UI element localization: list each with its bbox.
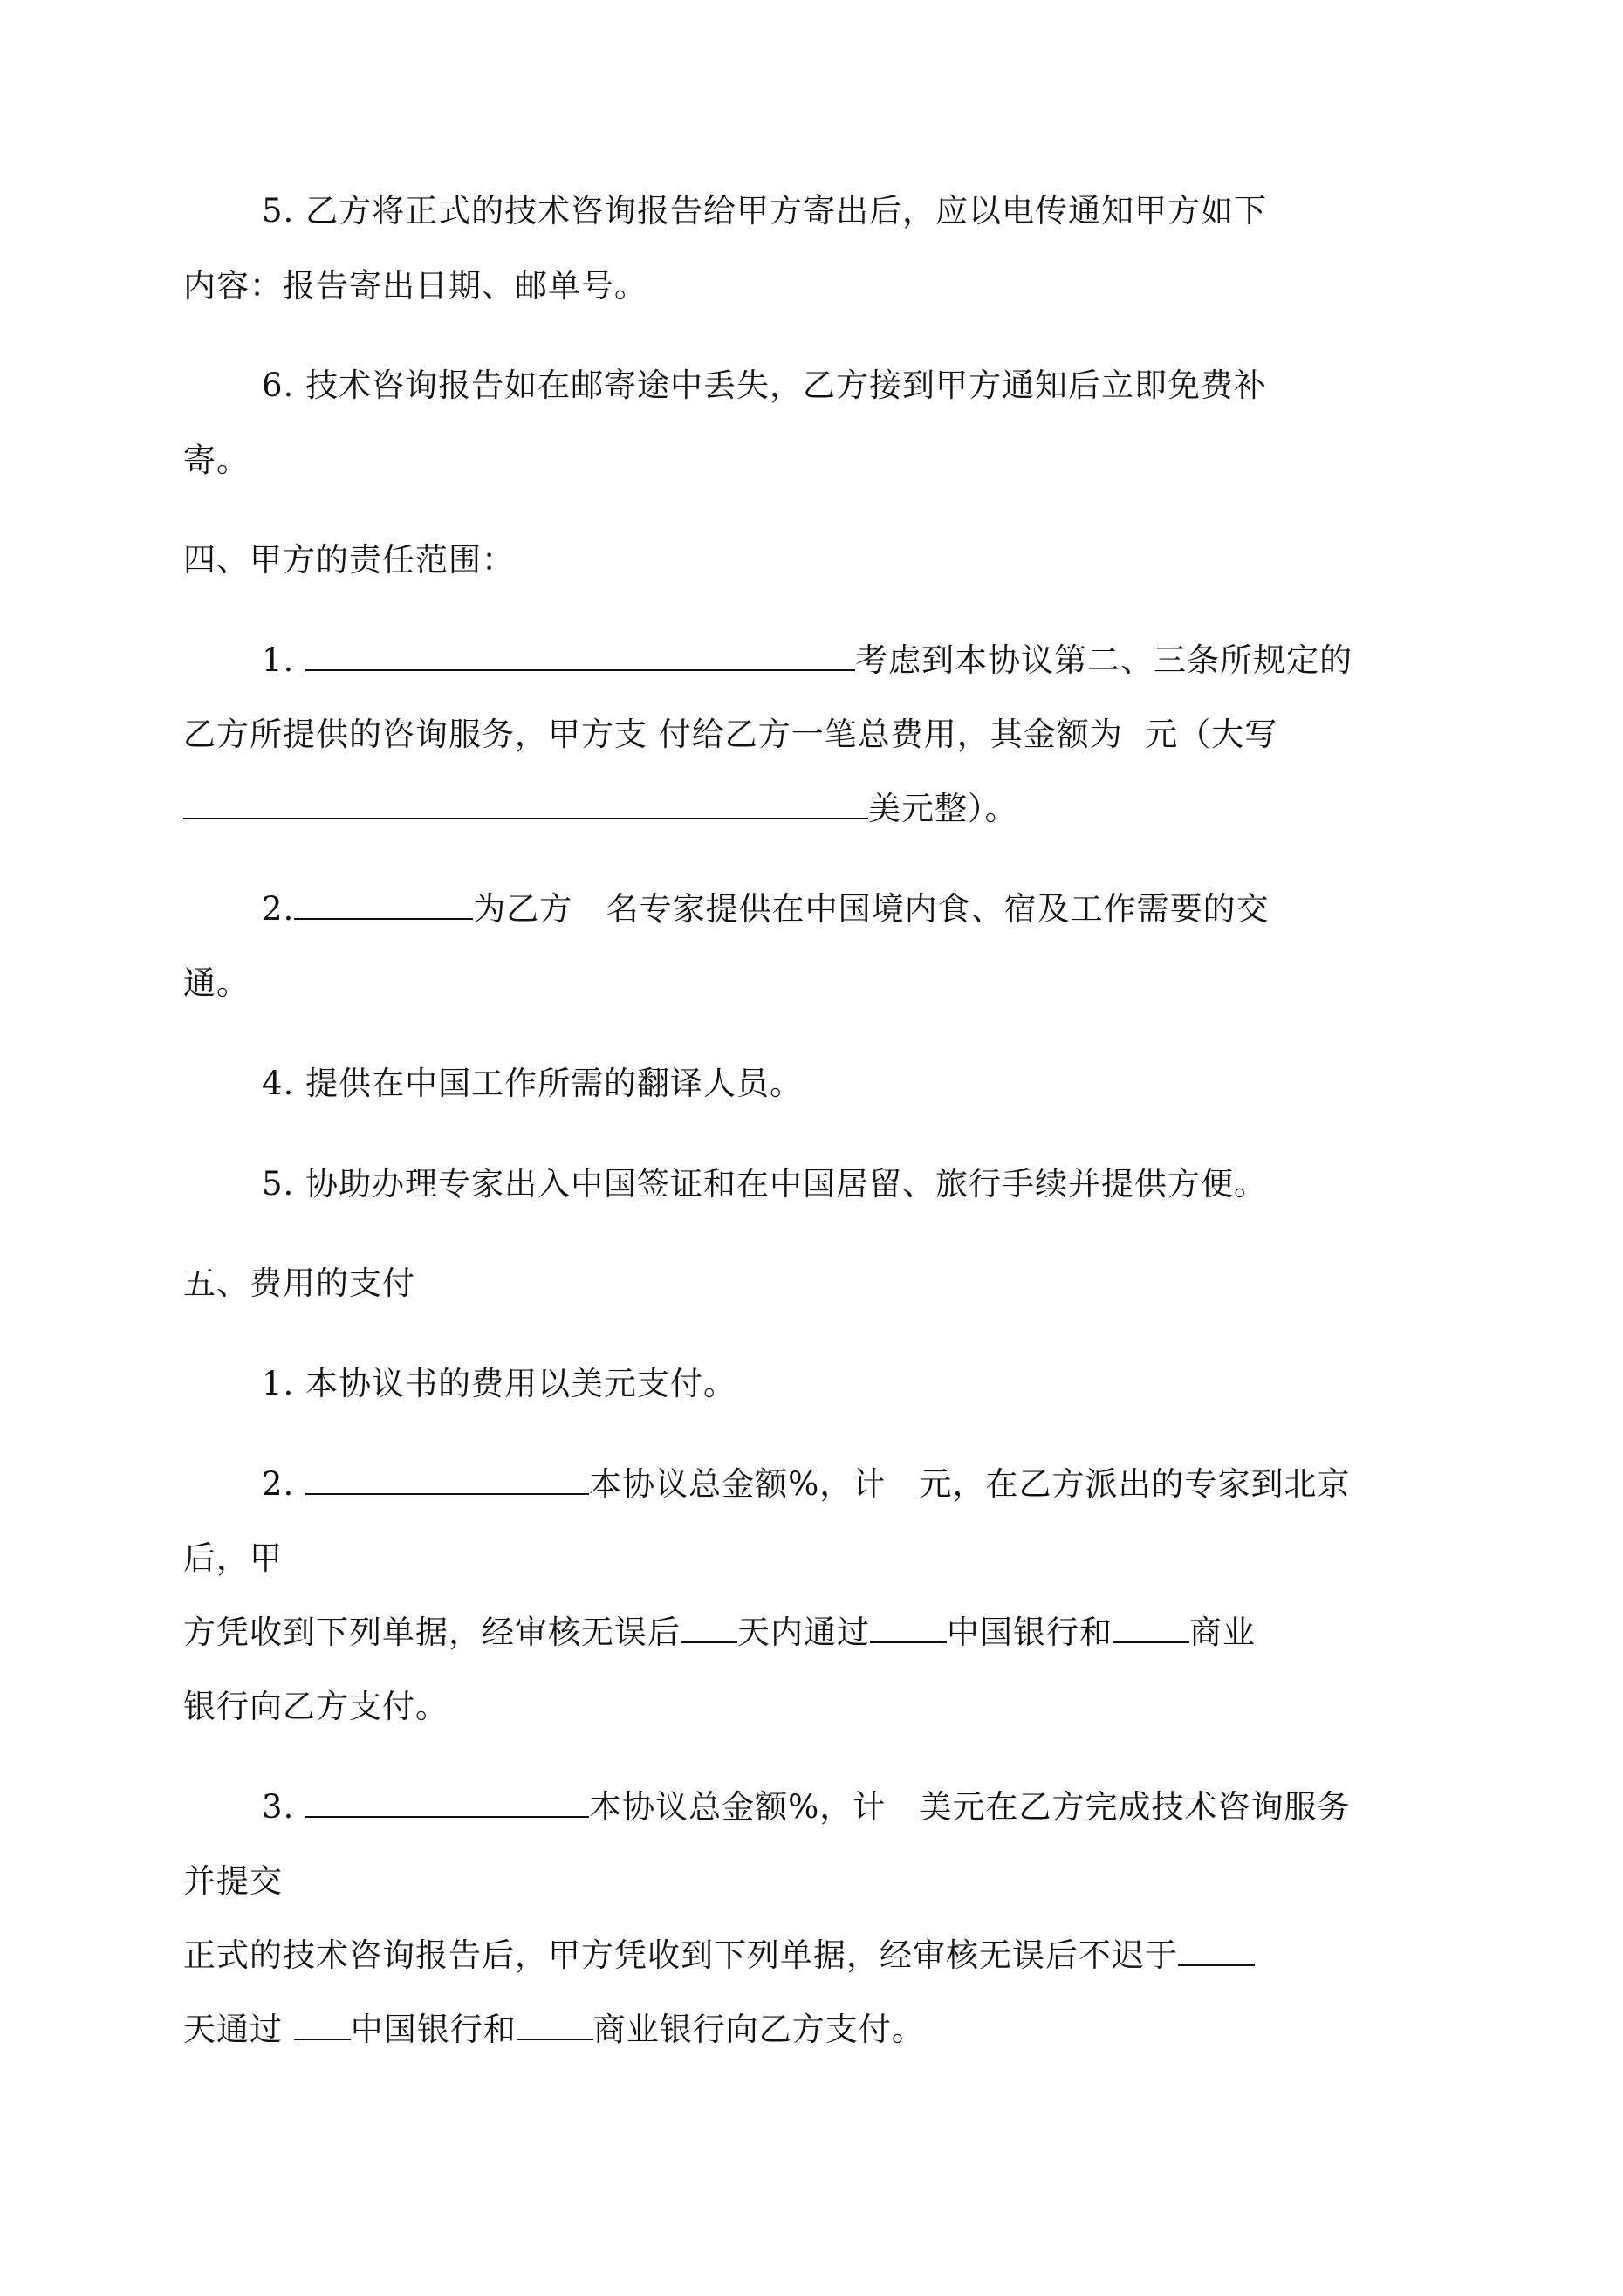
fill-blank: [1178, 1935, 1255, 1966]
item-text: 商业: [1189, 1614, 1256, 1651]
item-text: 本协议总金额%，计 美元在乙方完成技术咨询服务: [589, 1788, 1350, 1826]
item-number: 3.: [262, 1788, 305, 1826]
s4-item-1-line-1: 1. 考虑到本协议第二、三条所规定的: [262, 640, 1352, 682]
item-text: 中国银行和: [351, 2011, 517, 2048]
item-text: 为乙方 名专家提供在中国境内食、宿及工作需要的交: [473, 890, 1269, 928]
item-text: 方凭收到下列单据，经审核无误后: [183, 1614, 681, 1651]
s5-item-3-line-2: 并提交: [183, 1861, 283, 1902]
fill-blank: [870, 1612, 947, 1643]
fill-blank: [681, 1612, 737, 1643]
s5-item-2-line-2: 后，甲: [183, 1538, 283, 1580]
section-5-heading: 五、费用的支付: [183, 1263, 415, 1305]
s5-item-1: 1. 本协议书的费用以美元支付。: [262, 1363, 736, 1405]
item-text: 考虑到本协议第二、三条所规定的: [855, 641, 1352, 679]
fill-blank: [1113, 1612, 1189, 1643]
s4-item-1-line-2: 乙方所提供的咨询服务，甲方支 付给乙方一笔总费用，其金额为 元（大写: [183, 714, 1277, 756]
item-number: 1.: [262, 641, 305, 679]
s4-item-4: 4. 提供在中国工作所需的翻译人员。: [262, 1063, 803, 1105]
item-6-line-1: 6. 技术咨询报告如在邮寄途中丢失，乙方接到甲方通知后立即免费补: [262, 365, 1267, 407]
item-number: 2.: [262, 890, 294, 928]
s4-item-5: 5. 协助办理专家出入中国签证和在中国居留、旅行手续并提供方便。: [262, 1163, 1267, 1205]
fill-blank: [305, 1463, 589, 1495]
fill-blank: [305, 640, 855, 671]
s5-item-3-line-4: 天通过 中国银行和商业银行向乙方支付。: [183, 2009, 925, 2051]
s5-item-2-line-3: 方凭收到下列单据，经审核无误后天内通过中国银行和商业: [183, 1612, 1256, 1654]
s4-item-2-line-1: 2.为乙方 名专家提供在中国境内食、宿及工作需要的交: [262, 888, 1270, 930]
s5-item-2-line-1: 2. 本协议总金额%，计 元，在乙方派出的专家到北京: [262, 1463, 1351, 1505]
fill-blank: [183, 788, 868, 819]
item-5-line-2: 内容：报告寄出日期、邮单号。: [183, 265, 647, 307]
item-5-line-1: 5. 乙方将正式的技术咨询报告给甲方寄出后，应以电传通知甲方如下: [262, 190, 1267, 232]
fill-blank: [294, 888, 473, 920]
s5-item-2-line-4: 银行向乙方支付。: [183, 1686, 449, 1728]
item-text: 本协议总金额%，计 元，在乙方派出的专家到北京: [589, 1465, 1350, 1503]
s5-item-3-line-1: 3. 本协议总金额%，计 美元在乙方完成技术咨询服务: [262, 1786, 1351, 1828]
item-number: 2.: [262, 1465, 305, 1503]
fill-blank: [294, 2009, 351, 2040]
item-text: 天通过: [183, 2011, 294, 2048]
s4-item-2-line-2: 通。: [183, 963, 250, 1004]
s5-item-3-line-3: 正式的技术咨询报告后，甲方凭收到下列单据，经审核无误后不迟于: [183, 1935, 1255, 1977]
item-text: 商业银行向乙方支付。: [593, 2011, 925, 2048]
fill-blank: [517, 2009, 593, 2040]
item-text: 天内通过: [737, 1614, 870, 1651]
item-text: 中国银行和: [947, 1614, 1113, 1651]
item-text: 正式的技术咨询报告后，甲方凭收到下列单据，经审核无误后不迟于: [183, 1936, 1178, 1974]
fill-blank: [305, 1786, 589, 1818]
item-6-line-2: 寄。: [183, 440, 250, 482]
item-text: 美元整）。: [868, 790, 1018, 827]
s4-item-1-line-3: 美元整）。: [183, 788, 1018, 830]
section-4-heading: 四、甲方的责任范围：: [183, 539, 515, 581]
